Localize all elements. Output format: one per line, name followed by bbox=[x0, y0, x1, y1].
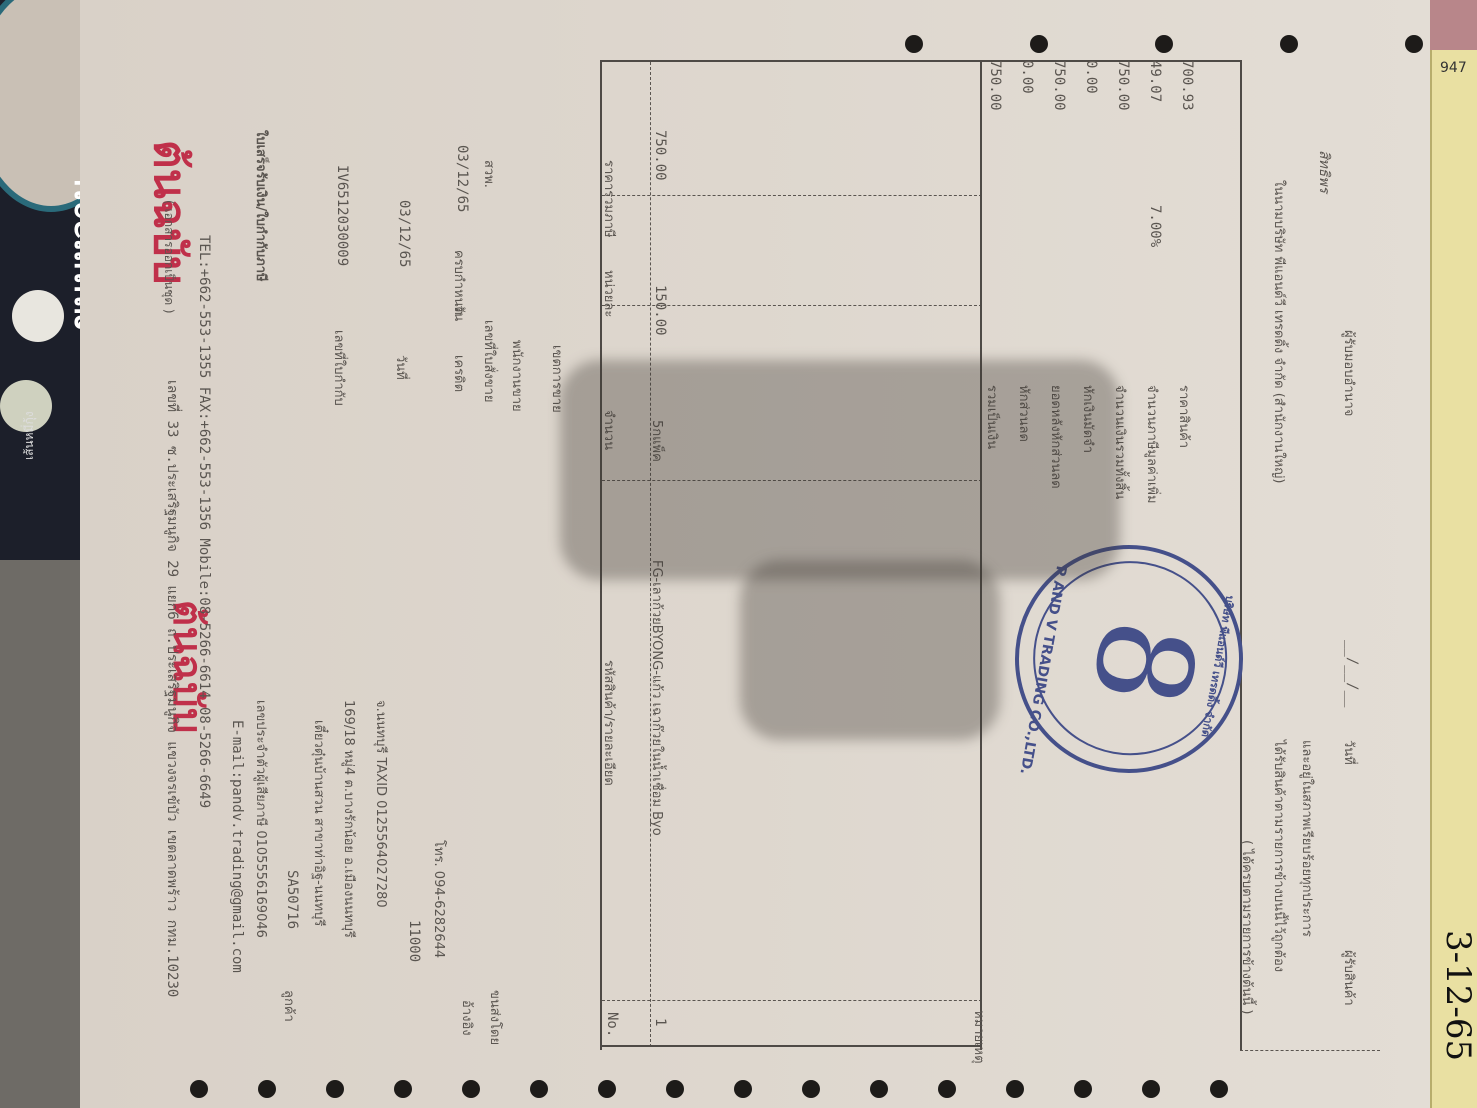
total-label: ราคาสินค้า bbox=[1174, 385, 1195, 448]
sprocket-hole bbox=[1074, 1080, 1092, 1098]
sprocket-hole bbox=[1030, 35, 1048, 53]
sprocket-hole bbox=[598, 1080, 616, 1098]
customer-address-2: จ.นนทบุรี TAXID 0125564027280 bbox=[371, 700, 392, 908]
total-label: จำนวนภาษีมูลค่าเพิ่ม bbox=[1142, 385, 1163, 504]
reference-label: อ้างอิง bbox=[457, 1000, 478, 1036]
sprocket-hole bbox=[938, 1080, 956, 1098]
signature: สิทธิพร bbox=[1313, 150, 1335, 193]
total-value: 49.07 bbox=[1147, 60, 1163, 102]
handwritten-date: 3-12-65 bbox=[1438, 930, 1477, 1061]
sprocket-hole bbox=[666, 1080, 684, 1098]
col-header-description: รหัสสินค้า/รายละเอียด bbox=[599, 660, 620, 786]
receiver-label: ผู้รับสินค้า bbox=[1339, 950, 1360, 1006]
credit-label: เครดิต bbox=[449, 355, 470, 392]
total-value: 700.93 bbox=[1179, 60, 1195, 111]
footer-divider bbox=[1240, 1050, 1380, 1051]
column-divider bbox=[602, 1000, 982, 1001]
customer-postcode: 11000 bbox=[406, 920, 422, 962]
total-value: 0.00 bbox=[1019, 60, 1035, 94]
sprocket-hole bbox=[802, 1080, 820, 1098]
sprocket-hole bbox=[1210, 1080, 1228, 1098]
total-value: 0.00 bbox=[1083, 60, 1099, 94]
sprocket-hole bbox=[462, 1080, 480, 1098]
row-no: 1 bbox=[652, 1018, 668, 1026]
salesperson-label: พนักงานขาย bbox=[507, 340, 528, 412]
received-text-2: และอยู่ในสภาพเรียบร้อยทุกประการ bbox=[1297, 740, 1318, 937]
payment-text: ในนามบริษัท พีแอนด์วี เทรดดิ้ง จำกัด (สำ… bbox=[1269, 180, 1290, 483]
sprocket-hole bbox=[1142, 1080, 1160, 1098]
company-email: E-mail:pandv.trading@gmail.com bbox=[229, 720, 245, 973]
total-value: 750.00 bbox=[987, 60, 1003, 111]
invoice-date: 03/12/65 bbox=[396, 200, 412, 267]
col-header-no: No. bbox=[604, 1012, 620, 1037]
sprocket-hole bbox=[530, 1080, 548, 1098]
customer-phone: โทร. 094-6282644 bbox=[429, 840, 450, 958]
menu-sub-text: เส้นหมี่กุ้ง bbox=[20, 411, 39, 460]
invoice-no: IV6512030009 bbox=[334, 165, 350, 266]
document-subtitle: ( เอกสารออกเป็นชุด ) bbox=[159, 200, 178, 314]
due-date: 03/12/65 bbox=[454, 145, 470, 212]
salesperson: สวพ. bbox=[479, 160, 500, 188]
authorized-label: ผู้รับมอบอำนาจ bbox=[1339, 330, 1360, 416]
date-field-label: วันที่ bbox=[1339, 740, 1360, 765]
table-border bbox=[600, 1045, 980, 1047]
received-text-1: ได้รับสินค้าตามรายการข้างบนนี้ไว้ถูกต้อง bbox=[1269, 740, 1290, 972]
sprocket-hole bbox=[326, 1080, 344, 1098]
customer-name: เตี๋ยวตุ๋นบ้านสวน สาขาท่าอิฐ-นนทบุรี bbox=[309, 720, 330, 926]
row-amount: 750.00 bbox=[652, 130, 668, 181]
invoice-no-label: เลขที่ใบกำกับ bbox=[329, 330, 350, 406]
sprocket-hole bbox=[394, 1080, 412, 1098]
company-address: เลขที่ 33 ซ.ประเสริฐมนูกิจ 29 แยก6 ถ.ประ… bbox=[161, 380, 183, 997]
total-value: 750.00 bbox=[1115, 60, 1131, 111]
yellow-receipt-slip: 947 3-12-65 bbox=[1430, 50, 1477, 1108]
hand-shadow bbox=[560, 360, 1120, 580]
row-description: FG-เลาก้วยBYONG-แก้ว เฉาก๊วยในน้ำเชื่อม … bbox=[647, 560, 668, 836]
total-value: 750.00 bbox=[1051, 60, 1067, 111]
slip-number: 947 bbox=[1440, 60, 1467, 76]
remarks-label: หมายเหตุ bbox=[969, 1010, 990, 1064]
due-label: ครบกำหนด bbox=[449, 250, 470, 315]
vat-rate: 7.00% bbox=[1147, 205, 1163, 247]
footer-note: ( ได้ครบตามรายการข้างต้นนี้ ) bbox=[1237, 840, 1258, 1014]
hand-shadow bbox=[740, 560, 1000, 740]
row-unit-price: 150.00 bbox=[652, 285, 668, 336]
sprocket-hole bbox=[734, 1080, 752, 1098]
sprocket-hole bbox=[190, 1080, 208, 1098]
sprocket-hole bbox=[1155, 35, 1173, 53]
sprocket-hole bbox=[1405, 35, 1423, 53]
sprocket-hole bbox=[905, 35, 923, 53]
customer-code: SA50716 bbox=[284, 870, 300, 929]
column-divider bbox=[602, 195, 982, 196]
sprocket-hole bbox=[258, 1080, 276, 1098]
customer-label: ลูกค้า bbox=[279, 990, 300, 1022]
date-field: __/__/__ bbox=[1344, 640, 1360, 707]
document-type: ใบเสร็จรับเงิน/ใบกำกับภาษี bbox=[251, 130, 272, 282]
company-phone: TEL:+662-553-1355 FAX:+662-553-1356 Mobi… bbox=[196, 235, 212, 808]
sprocket-hole bbox=[1006, 1080, 1024, 1098]
customer-address-1: 169/18 หมู่4 ต.บางรักน้อย อ.เมืองนนทบุรี bbox=[339, 700, 360, 938]
order-no-label: เลขที่ใบสั่งขาย bbox=[479, 320, 500, 403]
date-label: วันที่ bbox=[391, 355, 412, 380]
col-header-unit-price: หน่วยละ bbox=[599, 270, 620, 317]
col-header-amount: ราคารวมภาษี bbox=[599, 160, 620, 238]
table-border bbox=[600, 60, 1240, 62]
sprocket-hole bbox=[1280, 35, 1298, 53]
shipped-by-label: ขนส่งโดย bbox=[485, 990, 506, 1045]
company-tax-id: เลขประจำตัวผู้เสียภาษี 0105556169046 bbox=[251, 700, 272, 938]
sprocket-hole bbox=[870, 1080, 888, 1098]
